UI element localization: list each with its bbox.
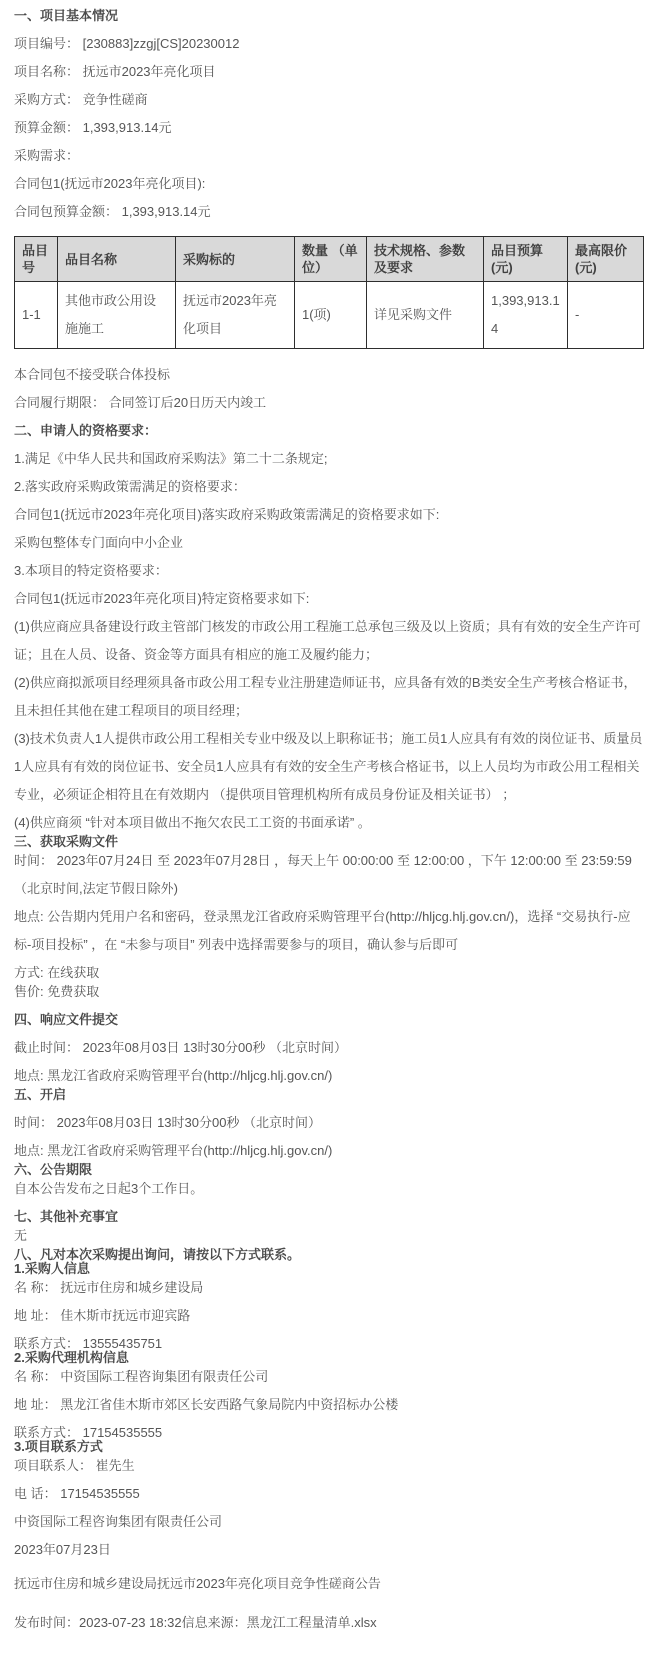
performance-period: 合同履行期限： 合同签订后20日历天内竣工 xyxy=(14,389,644,417)
qualification-item-1: 1.满足《中华人民共和国政府采购法》第二十二条规定; xyxy=(14,445,644,473)
project-number: 项目编号： [230883]zzgj[CS]20230012 xyxy=(14,30,644,58)
footer-date: 2023年07月23日 xyxy=(14,1536,644,1564)
cell-procurement-target: 抚远市2023年亮化项目 xyxy=(176,282,295,349)
purchaser-name: 名 称： 抚远市住房和城乡建设局 xyxy=(14,1274,644,1302)
cell-item-name: 其他市政公用设施施工 xyxy=(58,282,176,349)
project-contact-phone: 电 话： 17154535555 xyxy=(14,1480,644,1508)
qualification-item-3-detail: 合同包1(抚远市2023年亮化项目)特定资格要求如下: xyxy=(14,585,644,613)
cell-quantity-unit: 1(项) xyxy=(295,282,367,349)
qualification-item-2: 2.落实政府采购政策需满足的资格要求： xyxy=(14,473,644,501)
announcement-period: 自本公告发布之日起3个工作日。 xyxy=(14,1175,644,1203)
items-table: 品目号 品目名称 采购标的 数量 （单位） 技术规格、参数及要求 品目预算(元)… xyxy=(14,236,644,349)
obtain-time: 时间： 2023年07月24日 至 2023年07月28日 ，每天上午 00:0… xyxy=(14,847,644,903)
footer-agency-name: 中资国际工程咨询集团有限责任公司 xyxy=(14,1508,644,1536)
col-quantity-unit: 数量 （单位） xyxy=(295,237,367,282)
announcement-document: 一、项目基本情况 项目编号： [230883]zzgj[CS]20230012 … xyxy=(0,0,658,1661)
col-max-price: 最高限价 (元) xyxy=(568,237,644,282)
qualification-smes-note: 采购包整体专门面向中小企业 xyxy=(14,529,644,557)
table-row: 1-1 其他市政公用设施施工 抚远市2023年亮化项目 1(项) 详见采购文件 … xyxy=(15,282,644,349)
contract-package-budget: 合同包预算金额： 1,393,913.14元 xyxy=(14,198,644,226)
footer-announcement-title: 抚远市住房和城乡建设局抚远市2023年亮化项目竞争性磋商公告 xyxy=(14,1570,644,1598)
no-joint-bid-note: 本合同包不接受联合体投标 xyxy=(14,361,644,389)
qualification-item-2-detail: 合同包1(抚远市2023年亮化项目)落实政府采购政策需满足的资格要求如下: xyxy=(14,501,644,529)
project-name: 项目名称： 抚远市2023年亮化项目 xyxy=(14,58,644,86)
section1-heading: 一、项目基本情况 xyxy=(14,2,644,30)
agency-address: 地 址： 黑龙江省佳木斯市郊区长安西路气象局院内中资招标办公楼 xyxy=(14,1391,644,1419)
cell-tech-spec: 详见采购文件 xyxy=(367,282,484,349)
specific-requirement-2: (2)供应商拟派项目经理须具备市政公用工程专业注册建造师证书，应具备有效的B类安… xyxy=(14,669,644,725)
cell-item-no: 1-1 xyxy=(15,282,58,349)
project-contact-person: 项目联系人： 崔先生 xyxy=(14,1452,644,1480)
agency-name: 名 称： 中资国际工程咨询集团有限责任公司 xyxy=(14,1363,644,1391)
col-item-budget: 品目预算(元) xyxy=(484,237,568,282)
budget-amount: 预算金额： 1,393,913.14元 xyxy=(14,114,644,142)
obtain-place: 地点: 公告期内凭用户名和密码，登录黑龙江省政府采购管理平台(http://hl… xyxy=(14,903,644,959)
cell-item-budget: 1,393,913.14 xyxy=(484,282,568,349)
submit-deadline: 截止时间： 2023年08月03日 13时30分00秒 （北京时间） xyxy=(14,1034,644,1062)
qualification-item-3: 3.本项目的特定资格要求： xyxy=(14,557,644,585)
open-time: 时间： 2023年08月03日 13时30分00秒 （北京时间） xyxy=(14,1109,644,1137)
footer-publish-info: 发布时间：2023-07-23 18:32信息来源：黑龙江工程量清单.xlsx xyxy=(14,1609,644,1637)
section4-heading: 四、响应文件提交 xyxy=(14,1006,644,1034)
cell-max-price: - xyxy=(568,282,644,349)
section2-heading: 二、申请人的资格要求： xyxy=(14,417,644,445)
items-table-header-row: 品目号 品目名称 采购标的 数量 （单位） 技术规格、参数及要求 品目预算(元)… xyxy=(15,237,644,282)
procurement-method: 采购方式： 竞争性磋商 xyxy=(14,86,644,114)
col-tech-spec: 技术规格、参数及要求 xyxy=(367,237,484,282)
procurement-demand: 采购需求： xyxy=(14,142,644,170)
specific-requirement-3: (3)技术负责人1人提供市政公用工程相关专业中级及以上职称证书；施工员1人应具有… xyxy=(14,725,644,809)
col-item-name: 品目名称 xyxy=(58,237,176,282)
obtain-price: 售价: 免费获取 xyxy=(14,978,644,1006)
col-item-no: 品目号 xyxy=(15,237,58,282)
purchaser-address: 地 址： 佳木斯市抚远市迎宾路 xyxy=(14,1302,644,1330)
specific-requirement-1: (1)供应商应具备建设行政主管部门核发的市政公用工程施工总承包三级及以上资质；具… xyxy=(14,613,644,669)
contract-package: 合同包1(抚远市2023年亮化项目): xyxy=(14,170,644,198)
col-procurement-target: 采购标的 xyxy=(176,237,295,282)
